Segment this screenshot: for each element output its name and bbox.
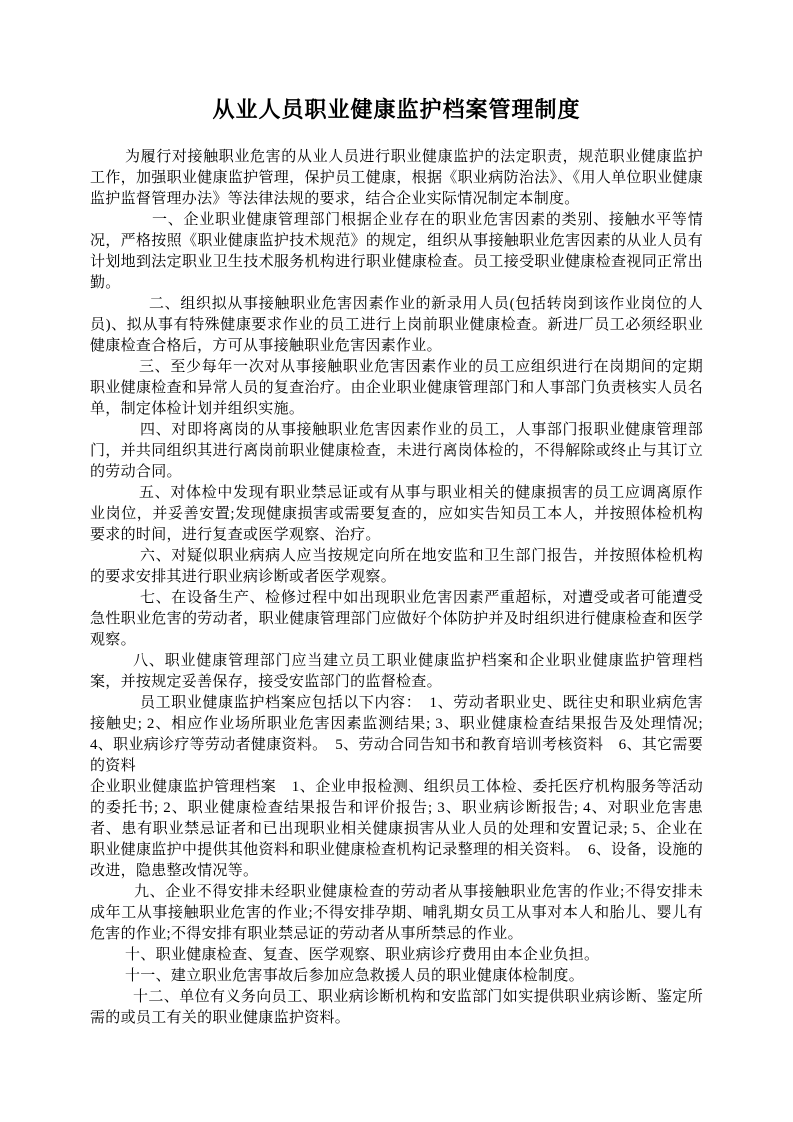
document-page: 从业人员职业健康监护档案管理制度 为履行对接触职业危害的从业人员进行职业健康监护… [0,0,793,1122]
paragraph-item-2: 二、组织拟从事接触职业危害因素作业的新录用人员(包括转岗到该作业岗位的人员)、拟… [90,294,703,357]
paragraph-item-11: 十一、建立职业危害事故后参加应急救援人员的职业健康体检制度。 [90,966,703,987]
paragraph-enterprise-archive-contents: 企业职业健康监护管理档案 1、企业申报检测、组织员工体检、委托医疗机构服务等活动… [90,777,703,882]
paragraph-item-4: 四、对即将离岗的从事接触职业危害因素作业的员工，人事部门报职业健康管理部门，并共… [90,420,703,483]
paragraph-item-7: 七、在设备生产、检修过程中如出现职业危害因素严重超标，对遭受或者可能遭受急性职业… [90,588,703,651]
paragraph-intro: 为履行对接触职业危害的从业人员进行职业健康监护的法定职责，规范职业健康监护工作，… [90,147,703,210]
paragraph-item-8: 八、职业健康管理部门应当建立员工职业健康监护档案和企业职业健康监护管理档案，并按… [90,651,703,693]
paragraph-item-9: 九、企业不得安排未经职业健康检查的劳动者从事接触职业危害的作业;不得安排未成年工… [90,882,703,945]
paragraph-item-3: 三、至少每年一次对从事接触职业危害因素作业的员工应组织进行在岗期间的定期职业健康… [90,357,703,420]
paragraph-item-12: 十二、单位有义务向员工、职业病诊断机构和安监部门如实提供职业病诊断、鉴定所需的或… [90,987,703,1029]
document-body: 为履行对接触职业危害的从业人员进行职业健康监护的法定职责，规范职业健康监护工作，… [90,147,703,1029]
paragraph-employee-archive-contents: 员工职业健康监护档案应包括以下内容： 1、劳动者职业史、既往史和职业病危害接触史… [90,693,703,777]
paragraph-item-1: 一、企业职业健康管理部门根据企业存在的职业危害因素的类别、接触水平等情况，严格按… [90,210,703,294]
document-title: 从业人员职业健康监护档案管理制度 [90,94,703,125]
paragraph-item-6: 六、对疑似职业病病人应当按规定向所在地安监和卫生部门报告，并按照体检机构的要求安… [90,546,703,588]
paragraph-item-10: 十、职业健康检查、复查、医学观察、职业病诊疗费用由本企业负担。 [90,945,703,966]
paragraph-item-5: 五、对体检中发现有职业禁忌证或有从事与职业相关的健康损害的员工应调离原作业岗位，… [90,483,703,546]
